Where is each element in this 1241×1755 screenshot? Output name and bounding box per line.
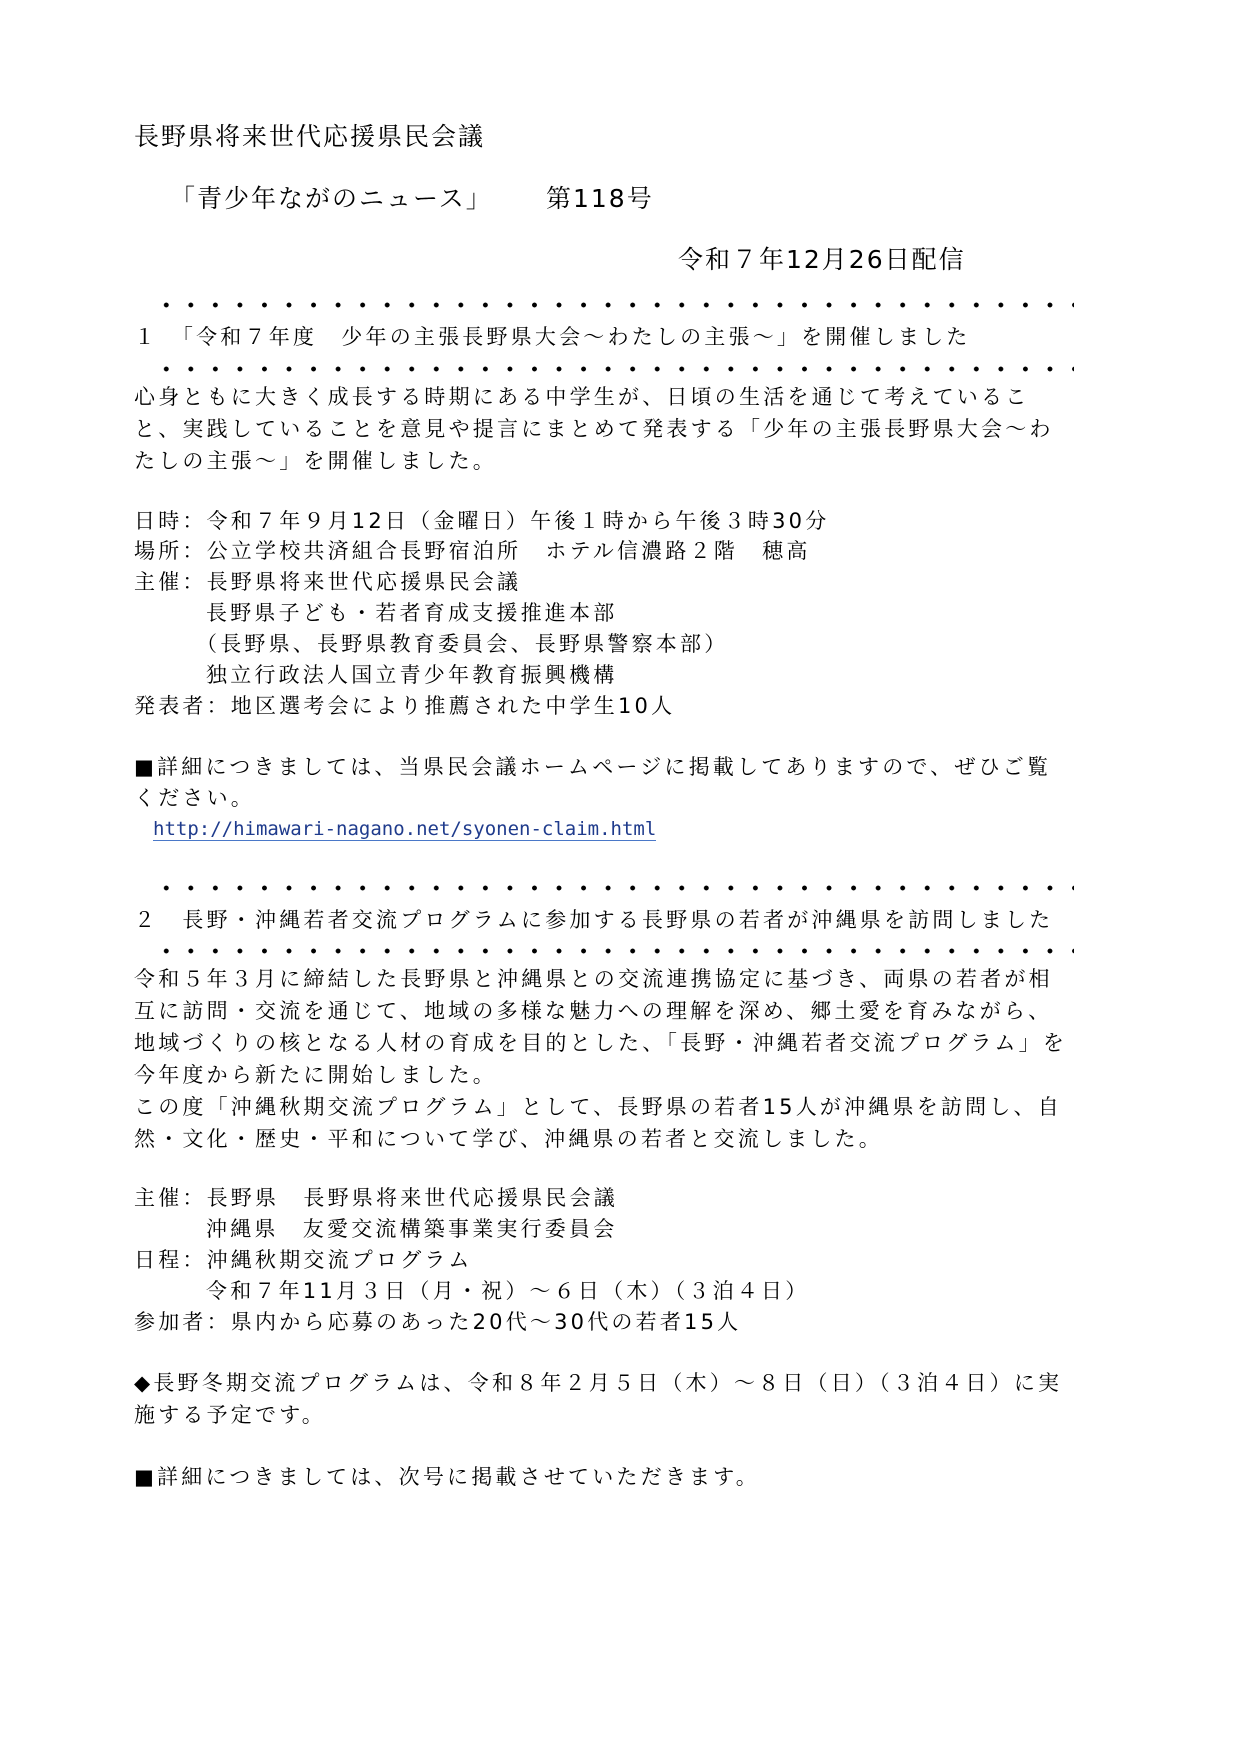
event-organizer-2: 長野県子ども・若者育成支援推進本部 bbox=[206, 598, 617, 628]
dotted-divider bbox=[154, 948, 1074, 954]
dotted-divider bbox=[154, 885, 1074, 891]
section1-notice-line: ■詳細につきましては、当県民会議ホームページに掲載してありますので、ぜひご覧 bbox=[134, 752, 1051, 782]
section1-notice-line: ください。 bbox=[134, 783, 255, 813]
newsletter-title: 「青少年ながのニュース」 bbox=[170, 184, 493, 214]
section2-intro-line: 地域づくりの核となる人材の育成を目的とした、「長野・沖縄若者交流プログラム」を bbox=[134, 1028, 1067, 1058]
link-line: http://himawari-nagano.net/syonen-claim.… bbox=[153, 813, 656, 844]
dotted-divider bbox=[154, 366, 1074, 372]
section1-heading: １ 「令和７年度 少年の主張長野県大会～わたしの主張～」を開催しました bbox=[134, 322, 971, 352]
event-organizer: 主催：長野県将来世代応援県民会議 bbox=[134, 567, 521, 597]
section2-intro-line: 然・文化・歴史・平和について学び、沖縄県の若者と交流しました。 bbox=[134, 1124, 883, 1154]
issue-number: 第118号 bbox=[546, 184, 654, 214]
winter-program-line: 施する予定です。 bbox=[134, 1400, 326, 1430]
section1-intro-line: と、実践していることを意見や提言にまとめて発表する「少年の主張長野県大会～わ bbox=[134, 414, 1054, 444]
program-schedule-dates: 令和７年11月３日（月・祝）～６日（木）（３泊４日） bbox=[206, 1276, 809, 1306]
organization-title: 長野県将来世代応援県民会議 bbox=[134, 122, 485, 152]
section2-heading: ２ 長野・沖縄若者交流プログラムに参加する長野県の若者が沖縄県を訪問しました bbox=[134, 905, 1053, 935]
section1-intro-line: たしの主張～」を開催しました。 bbox=[134, 446, 497, 476]
event-datetime: 日時：令和７年９月12日（金曜日）午後１時から午後３時30分 bbox=[134, 506, 829, 536]
program-schedule: 日程：沖縄秋期交流プログラム bbox=[134, 1245, 473, 1275]
section2-notice: ■詳細につきましては、次号に掲載させていただきます。 bbox=[134, 1462, 760, 1492]
event-presenters: 発表者：地区選考会により推薦された中学生10人 bbox=[134, 691, 675, 721]
section2-intro-line: 今年度から新たに開始しました。 bbox=[134, 1060, 497, 1090]
section1-intro-line: 心身ともに大きく成長する時期にある中学生が、日頃の生活を通じて考えているこ bbox=[134, 382, 1029, 412]
program-organizer-2: 沖縄県 友愛交流構築事業実行委員会 bbox=[206, 1214, 617, 1244]
section2-intro-line: この度「沖縄秋期交流プログラム」として、長野県の若者15人が沖縄県を訪問し、自 bbox=[134, 1092, 1062, 1122]
dotted-divider bbox=[154, 302, 1074, 308]
event-venue: 場所：公立学校共済組合長野宿泊所 ホテル信濃路２階 穂高 bbox=[134, 536, 811, 566]
program-organizer: 主催：長野県 長野県将来世代応援県民会議 bbox=[134, 1183, 618, 1213]
homepage-link[interactable]: http://himawari-nagano.net/syonen-claim.… bbox=[153, 818, 656, 841]
section2-intro-line: 互に訪問・交流を通じて、地域の多様な魅力への理解を深め、郷土愛を育みながら、 bbox=[134, 996, 1052, 1026]
event-organizer-3: 独立行政法人国立青少年教育振興機構 bbox=[206, 660, 617, 690]
program-participants: 参加者：県内から応募のあった20代～30代の若者15人 bbox=[134, 1307, 741, 1337]
section2-intro-line: 令和５年３月に締結した長野県と沖縄県との交流連携協定に基づき、両県の若者が相 bbox=[134, 964, 1053, 994]
delivery-date: 令和７年12月26日配信 bbox=[678, 245, 966, 275]
event-organizer-2-note: （長野県、長野県教育委員会、長野県警察本部） bbox=[196, 629, 728, 659]
winter-program-line: ◆長野冬期交流プログラムは、令和８年２月５日（木）～８日（日）（３泊４日）に実 bbox=[134, 1368, 1062, 1398]
